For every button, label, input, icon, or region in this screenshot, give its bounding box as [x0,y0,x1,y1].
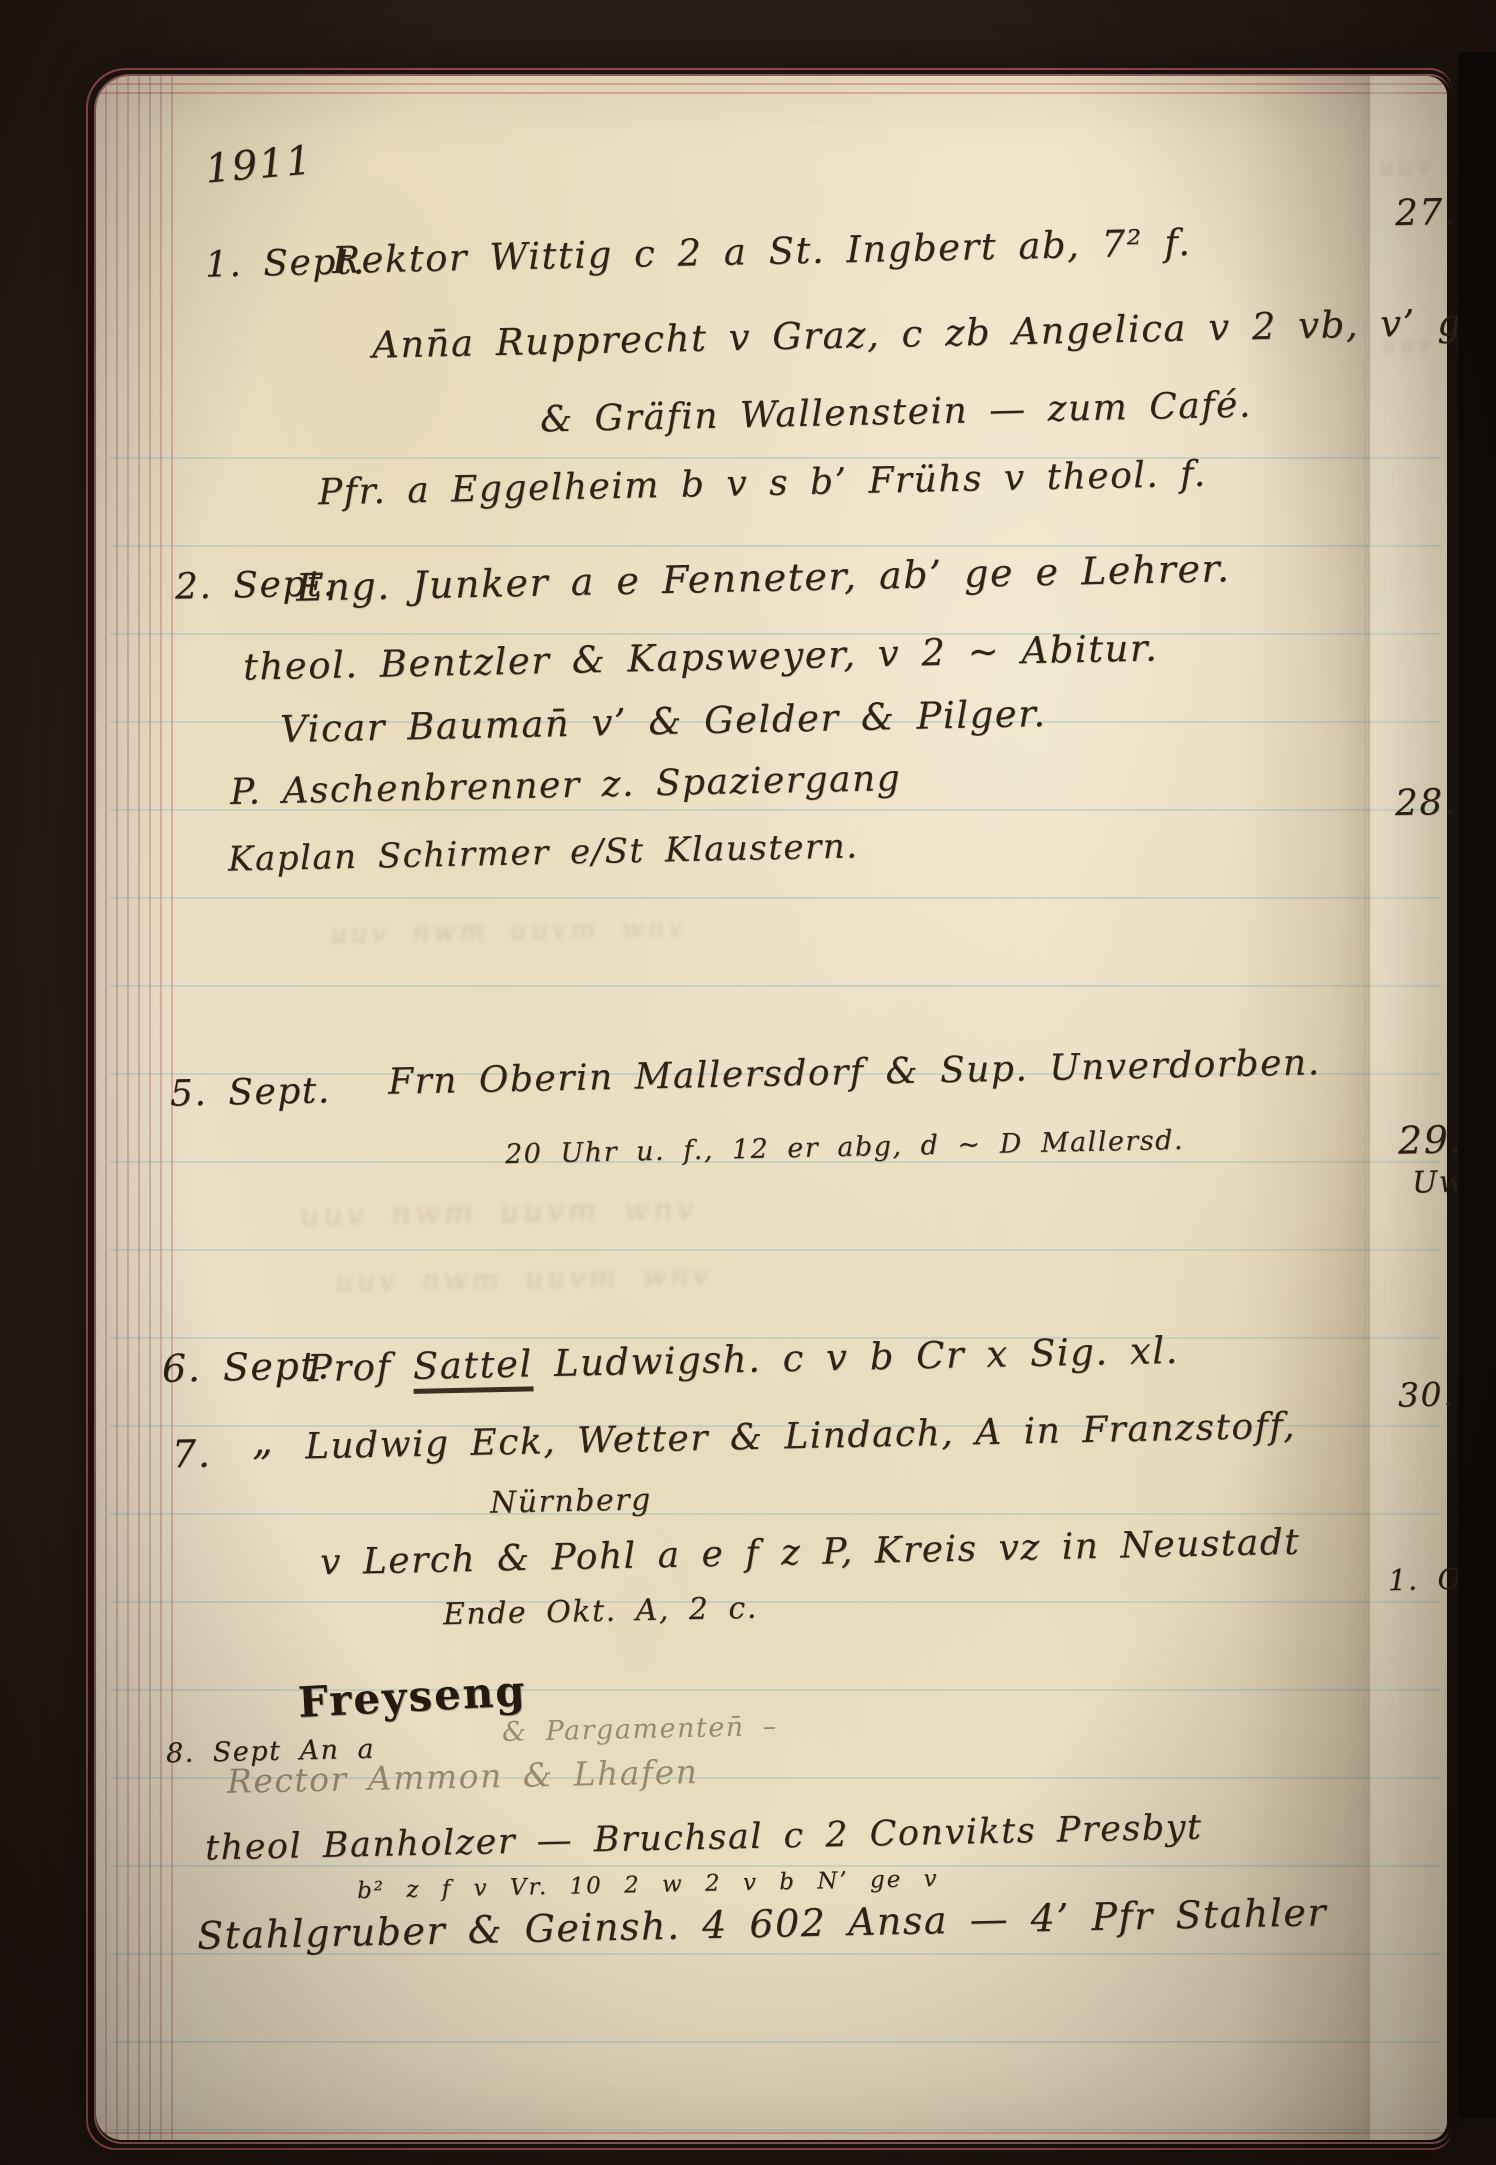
gutter-crease [1364,76,1374,2140]
entry-date: 7. [172,1432,212,1477]
entry-date: 6. Sept. [162,1343,331,1391]
entry-line: Ende Okt. A, 2 c. [443,1591,758,1633]
faint-entry-line: & Pargamenten̄ – [502,1711,778,1748]
right-page-day-label: 29. [1398,1117,1464,1162]
underlined-name: Sattel [412,1342,533,1393]
book-cover-edge [1458,52,1496,2118]
entry-line: Nürnberg [490,1482,652,1520]
photo-of-open-notebook: uuv nwm uuvm wnv uuv nwm uuvm wnv uuv nw… [0,0,1496,2165]
ink-bleed-through: uuv nwm uuvm wnv [335,1259,713,1299]
year-heading: 1911 [203,137,314,192]
gutter-shadow [1236,76,1366,2140]
entry-date: 5. Sept. [170,1070,332,1114]
ditto-mark: „ [252,1418,275,1464]
entry-line-prefix: Prof [307,1345,414,1390]
right-page-day-label: 30. [1398,1374,1456,1414]
next-page-sliver [1374,76,1447,2140]
ink-bleed-through: uuv nwm uuvm wnv [300,1192,698,1234]
